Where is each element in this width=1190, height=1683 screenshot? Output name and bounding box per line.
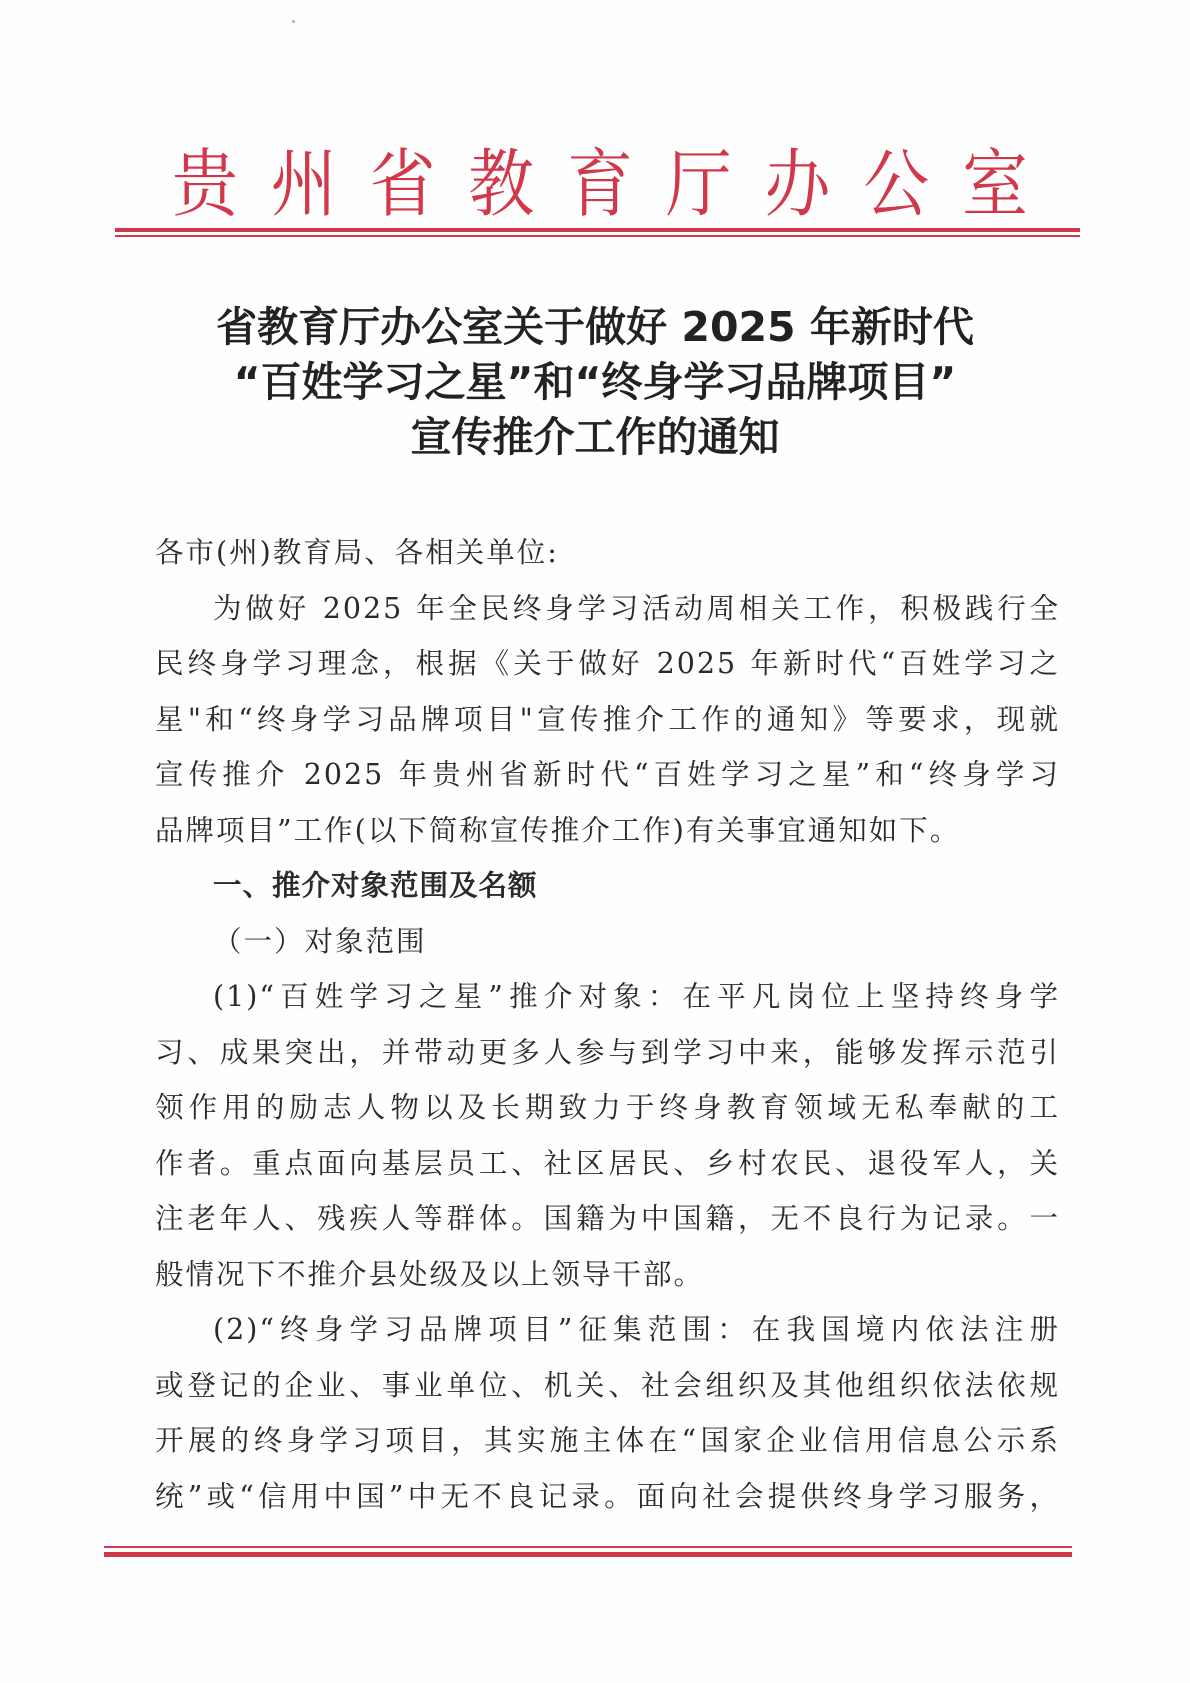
document-page: 贵 州 省 教 育 厅 办 公 室 省教育厅办公室关于做好 2025 年新时代 …	[0, 0, 1190, 1683]
letterhead-char: 教	[466, 148, 536, 222]
paragraph-line: 习、成果突出，并带动更多人参与到学习中来，能够发挥示范引	[155, 1025, 1060, 1081]
section-heading: 一、推介对象范围及名额	[155, 858, 1060, 914]
red-rule-thin	[104, 1546, 1072, 1548]
paragraph-line: 统”或“信用中国”中无不良记录。面向社会提供终身学习服务，	[155, 1469, 1060, 1525]
letterhead-char: 室	[960, 148, 1030, 222]
red-rule-thick	[104, 1552, 1072, 1557]
paragraph-line: (2)“终身学习品牌项目”征集范围：在我国境内依法注册	[155, 1302, 1060, 1358]
title-line-2: “百姓学习之星”和“终身学习品牌项目”	[150, 355, 1040, 410]
letterhead: 贵 州 省 教 育 厅 办 公 室	[170, 140, 1030, 230]
letterhead-char: 公	[861, 148, 931, 222]
paragraph-line: 或登记的企业、事业单位、机关、社会组织及其他组织依法依规	[155, 1358, 1060, 1414]
paragraph-line: 品牌项目”工作(以下简称宣传推介工作)有关事宜通知如下。	[155, 803, 1060, 859]
paragraph-line: 开展的终身学习项目，其实施主体在“国家企业信用信息公示系	[155, 1413, 1060, 1469]
paragraph-line: 注老年人、残疾人等群体。国籍为中国籍，无不良行为记录。一	[155, 1191, 1060, 1247]
paragraph-line: 星"和“终身学习品牌项目"宣传推介工作的通知》等要求，现就	[155, 692, 1060, 748]
paragraph-line: 领作用的励志人物以及长期致力于终身教育领域无私奉献的工	[155, 1080, 1060, 1136]
red-rule-thick	[115, 228, 1080, 232]
letterhead-char: 厅	[664, 148, 734, 222]
paragraph-line: (1)“百姓学习之星”推介对象：在平凡岗位上坚持终身学	[155, 969, 1060, 1025]
letterhead-char: 办	[763, 148, 833, 222]
salutation: 各市(州)教育局、各相关单位:	[155, 525, 1060, 581]
title-line-1: 省教育厅办公室关于做好 2025 年新时代	[150, 300, 1040, 355]
paragraph-line: 宣传推介 2025 年贵州省新时代“百姓学习之星”和“终身学习	[155, 747, 1060, 803]
letterhead-char: 育	[565, 148, 635, 222]
scan-speck	[292, 20, 295, 23]
letterhead-char: 州	[269, 148, 339, 222]
red-rule-thin	[115, 235, 1080, 237]
paragraph-line: 般情况下不推介县处级及以上领导干部。	[155, 1247, 1060, 1303]
document-title: 省教育厅办公室关于做好 2025 年新时代 “百姓学习之星”和“终身学习品牌项目…	[150, 300, 1040, 465]
paragraph-line: 作者。重点面向基层员工、社区居民、乡村农民、退役军人，关	[155, 1136, 1060, 1192]
paragraph-line: 为做好 2025 年全民终身学习活动周相关工作，积极践行全	[155, 581, 1060, 637]
paragraph-line: 民终身学习理念，根据《关于做好 2025 年新时代“百姓学习之	[155, 636, 1060, 692]
document-body: 各市(州)教育局、各相关单位: 为做好 2025 年全民终身学习活动周相关工作，…	[155, 525, 1060, 1524]
subsection-heading: （一）对象范围	[155, 914, 1060, 970]
title-line-3: 宣传推介工作的通知	[150, 410, 1040, 465]
letterhead-char: 省	[368, 148, 438, 222]
letterhead-char: 贵	[170, 148, 240, 222]
